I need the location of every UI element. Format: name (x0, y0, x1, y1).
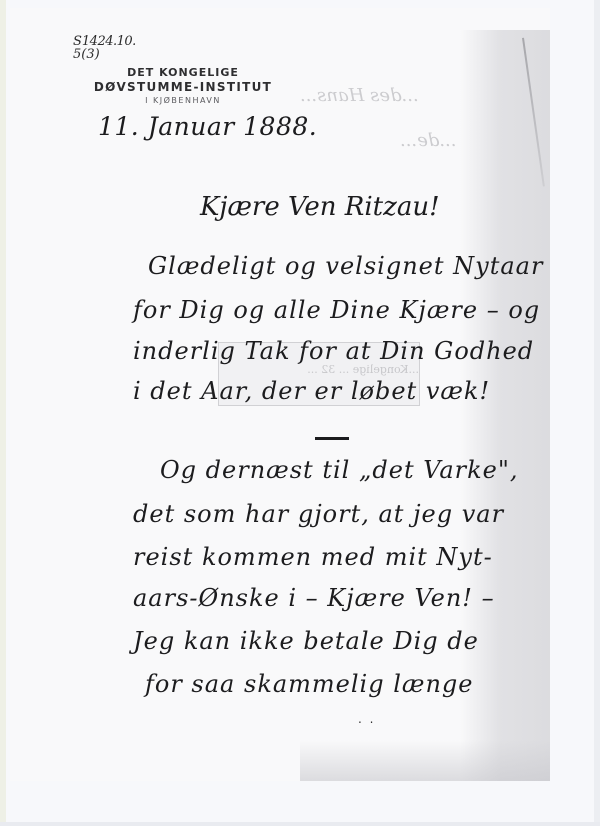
stamp-line-2: DØVSTUMME-INSTITUT (78, 80, 288, 95)
handwritten-line: Jeg kan ikke betale Dig de (133, 627, 479, 655)
paragraph-separator (315, 437, 349, 440)
handwritten-line: det som har gjort, at jeg var (133, 500, 504, 528)
handwritten-line: Glædeligt og velsignet Nytaar (148, 252, 543, 280)
handwritten-line: i det Aar, der er løbet væk! (133, 377, 490, 405)
scan-edge-bottom (0, 822, 600, 826)
letter-greeting: Kjære Ven Ritzau! (200, 192, 440, 222)
letter-date: 11. Januar 1888. (98, 112, 317, 141)
scan-edge-right (594, 0, 600, 826)
photocopy-shadow-bottom (300, 740, 550, 781)
stamp-line-1: DET KONGELIGE (78, 66, 288, 80)
scan-edge-left (0, 0, 6, 826)
institute-stamp: DET KONGELIGE DØVSTUMME-INSTITUT I KJØBE… (78, 66, 288, 106)
handwritten-line: for saa skammelig længe (145, 670, 473, 698)
handwritten-line: inderlig Tak for at Din Godhed (133, 337, 534, 365)
continuation-mark: . . (358, 712, 375, 726)
handwritten-line: aars-Ønske i – Kjære Ven! – (133, 584, 495, 612)
catalog-mark: S1424.10. 5(3) (73, 35, 136, 61)
handwritten-line: reist kommen med mit Nyt- (133, 543, 493, 571)
stamp-line-3: I KJØBENHAVN (78, 95, 288, 106)
handwritten-line: Og dernæst til „det Varke", (160, 456, 519, 484)
handwritten-line: for Dig og alle Dine Kjære – og (133, 296, 540, 324)
catalog-subnumber: 5(3) (73, 47, 100, 62)
